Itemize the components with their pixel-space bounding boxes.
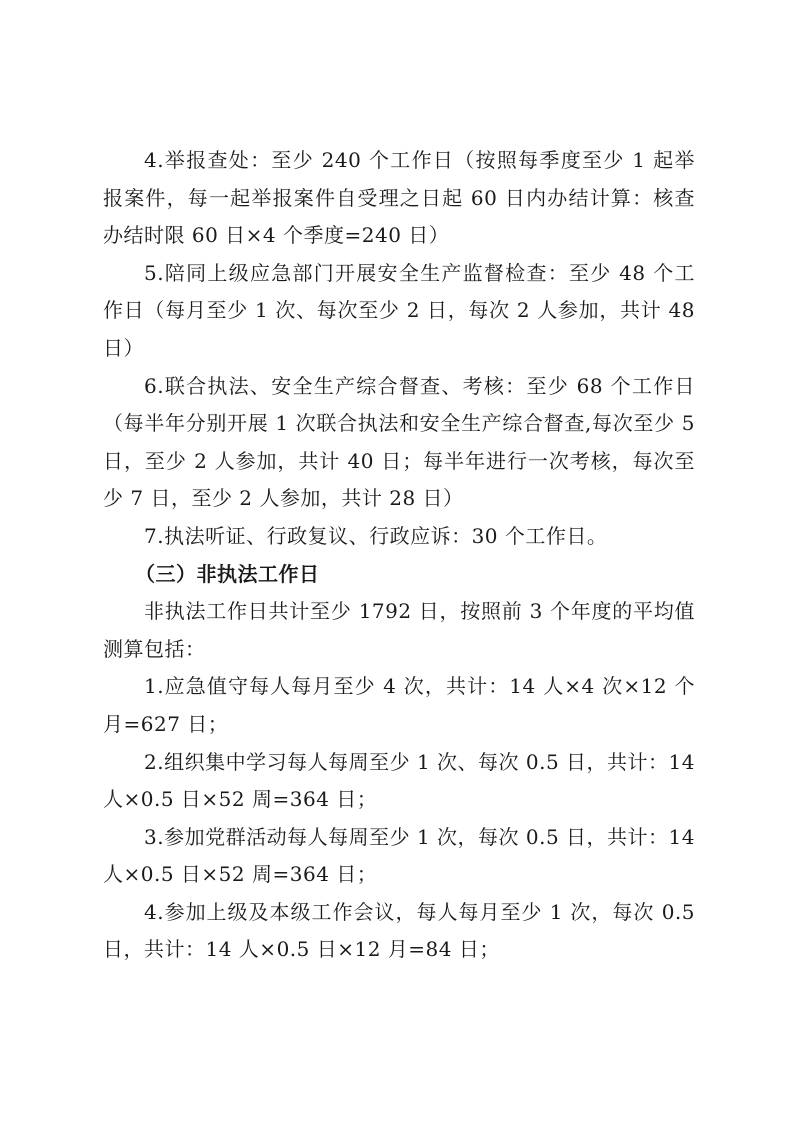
paragraph-hearing-review: 7.执法听证、行政复议、行政应诉：30 个工作日。 <box>103 518 695 556</box>
paragraph-joint-enforcement: 6.联合执法、安全生产综合督查、考核：至少 68 个工作日（每半年分别开展 1 … <box>103 368 695 518</box>
paragraph-report-investigation: 4.举报查处：至少 240 个工作日（按照每季度至少 1 起举报案件，每一起举报… <box>103 142 695 255</box>
section-heading-non-enforcement: （三）非执法工作日 <box>103 556 695 594</box>
paragraph-accompany-inspection: 5.陪同上级应急部门开展安全生产监督检查：至少 48 个工作日（每月至少 1 次… <box>103 255 695 368</box>
paragraph-non-enforcement-total: 非执法工作日共计至少 1792 日，按照前 3 个年度的平均值测算包括： <box>103 593 695 668</box>
paragraph-group-study: 2.组织集中学习每人每周至少 1 次、每次 0.5 日，共计：14 人×0.5 … <box>103 744 695 819</box>
paragraph-party-activities: 3.参加党群活动每人每周至少 1 次，每次 0.5 日，共计：14 人×0.5 … <box>103 819 695 894</box>
document-page: 4.举报查处：至少 240 个工作日（按照每季度至少 1 起举报案件，每一起举报… <box>103 142 695 969</box>
paragraph-emergency-duty: 1.应急值守每人每月至少 4 次，共计：14 人×4 次×12 个月=627 日… <box>103 668 695 743</box>
paragraph-work-meetings: 4.参加上级及本级工作会议，每人每月至少 1 次，每次 0.5 日，共计：14 … <box>103 894 695 969</box>
